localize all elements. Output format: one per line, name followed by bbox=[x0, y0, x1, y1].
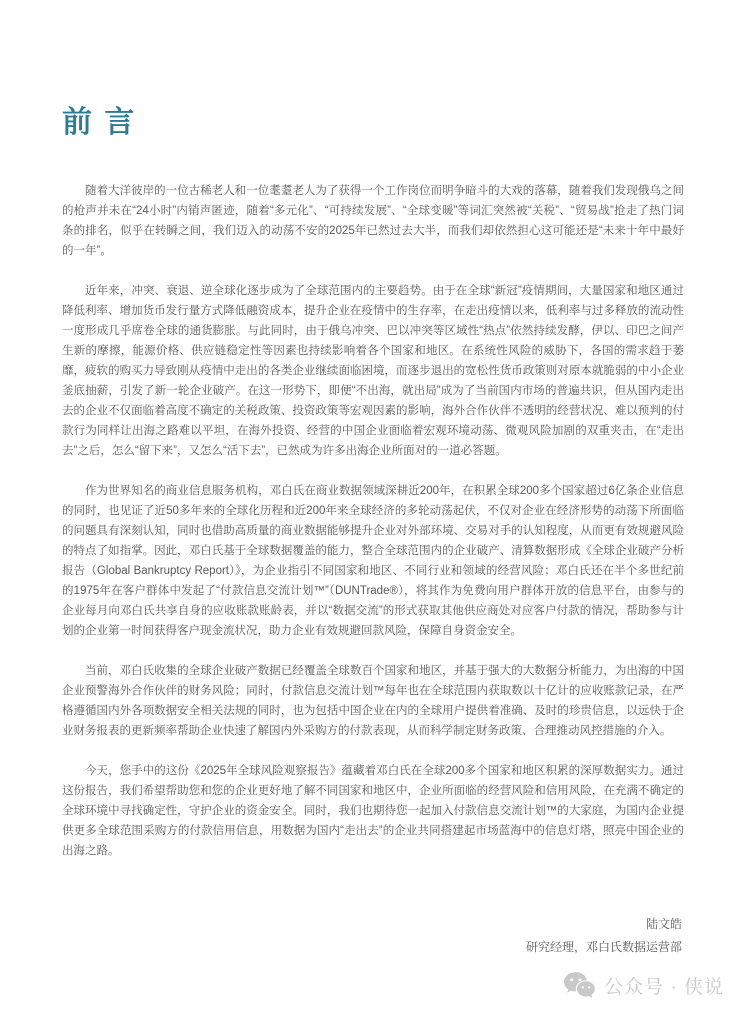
signature-block: 陆文皓 研究经理，邓白氏数据运营部 bbox=[62, 913, 684, 959]
watermark: 公众号 · 侠说 bbox=[564, 972, 724, 999]
watermark-label: 公众号 · 侠说 bbox=[604, 972, 724, 999]
paragraph-3: 作为世界知名的商业信息服务机构，邓白氏在商业数据领域深耕近200年，在积累全球2… bbox=[62, 481, 684, 641]
preface-page: 前 言 随着大洋彼岸的一位古稀老人和一位耄耋老人为了获得一个工作岗位而明争暗斗的… bbox=[0, 0, 744, 1009]
paragraph-5: 今天，您手中的这份《2025年全球风险观察报告》蕴藏着邓白氏在全球200多个国家… bbox=[62, 761, 684, 861]
preface-body: 随着大洋彼岸的一位古稀老人和一位耄耋老人为了获得一个工作岗位而明争暗斗的大戏的落… bbox=[62, 181, 684, 861]
signature-name: 陆文皓 bbox=[62, 913, 682, 936]
page-title: 前 言 bbox=[62, 97, 684, 141]
paragraph-4: 当前，邓白氏收集的全球企业破产数据已经覆盖全球数百个国家和地区，并基于强大的大数… bbox=[62, 661, 684, 741]
paragraph-2: 近年来，冲突、衰退、逆全球化逐步成为了全球范围内的主要趋势。由于在全球“新冠”疫… bbox=[62, 281, 684, 461]
wechat-icon bbox=[564, 972, 595, 999]
signature-title: 研究经理，邓白氏数据运营部 bbox=[62, 936, 682, 959]
paragraph-1: 随着大洋彼岸的一位古稀老人和一位耄耋老人为了获得一个工作岗位而明争暗斗的大戏的落… bbox=[62, 181, 684, 261]
